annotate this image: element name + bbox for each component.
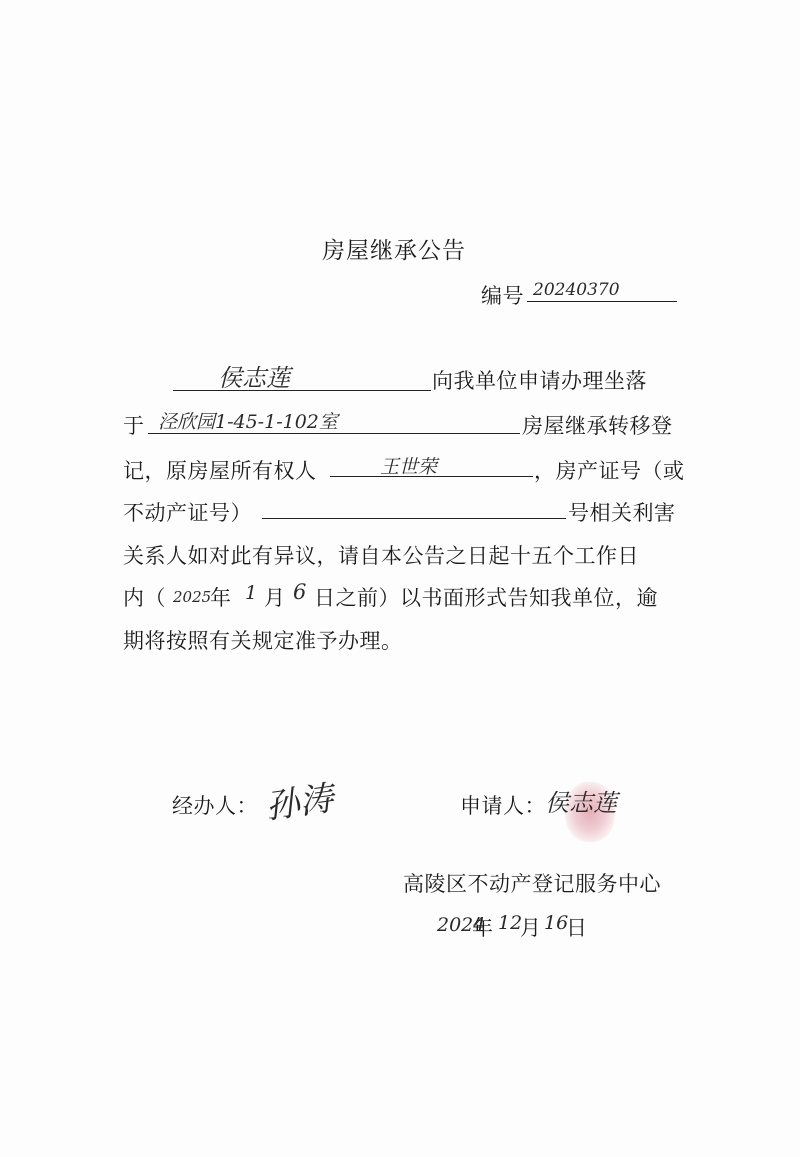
line5-text: 关系人如对此有异议，请自本公告之日起十五个工作日	[123, 540, 639, 570]
deadline-day: 6	[293, 580, 306, 604]
line4-prefix: 不动产证号）	[123, 497, 252, 527]
line7-text: 期将按照有关规定准予办理。	[123, 625, 403, 655]
handler-signature: 孙涛	[262, 771, 336, 829]
issue-year-unit: 年	[472, 912, 494, 942]
issuer-organization: 高陵区不动产登记服务中心	[403, 868, 661, 898]
line6-text: 日之前）以书面形式告知我单位，逾	[314, 582, 658, 612]
deadline-year: 2025	[173, 588, 211, 606]
issue-day-unit: 日	[566, 912, 588, 942]
line1-text: 向我单位申请办理坐落	[432, 365, 647, 395]
line4-text: 号相关利害	[568, 497, 676, 527]
certificate-underline	[262, 494, 566, 519]
applicant-underline	[173, 362, 431, 391]
applicant-signature: 侯志莲	[545, 783, 617, 818]
issue-month-unit: 月	[520, 912, 542, 942]
issue-month: 12	[498, 912, 522, 934]
applicant-name: 侯志莲	[218, 358, 290, 393]
document-title: 房屋继承公告	[322, 232, 466, 265]
number-label: 编号	[481, 280, 524, 310]
line6-prefix: 内（	[123, 582, 166, 612]
year-unit: 年	[210, 582, 232, 612]
property-location: 泾欣园1-45-1-102室	[158, 407, 338, 434]
applicant-label: 申请人：	[460, 790, 546, 820]
month-unit: 月	[264, 582, 286, 612]
line3-prefix: 记，原房屋所有权人	[123, 455, 317, 485]
deadline-month: 1	[245, 582, 257, 604]
line3-text: ，房产证号（或	[534, 455, 685, 485]
number-value: 20240370	[533, 280, 620, 300]
original-owner: 王世荣	[380, 452, 437, 479]
issue-day: 16	[544, 912, 568, 934]
line2-text: 房屋继承转移登	[522, 410, 673, 440]
line2-prefix: 于	[123, 410, 145, 440]
handler-label: 经办人：	[172, 790, 258, 820]
